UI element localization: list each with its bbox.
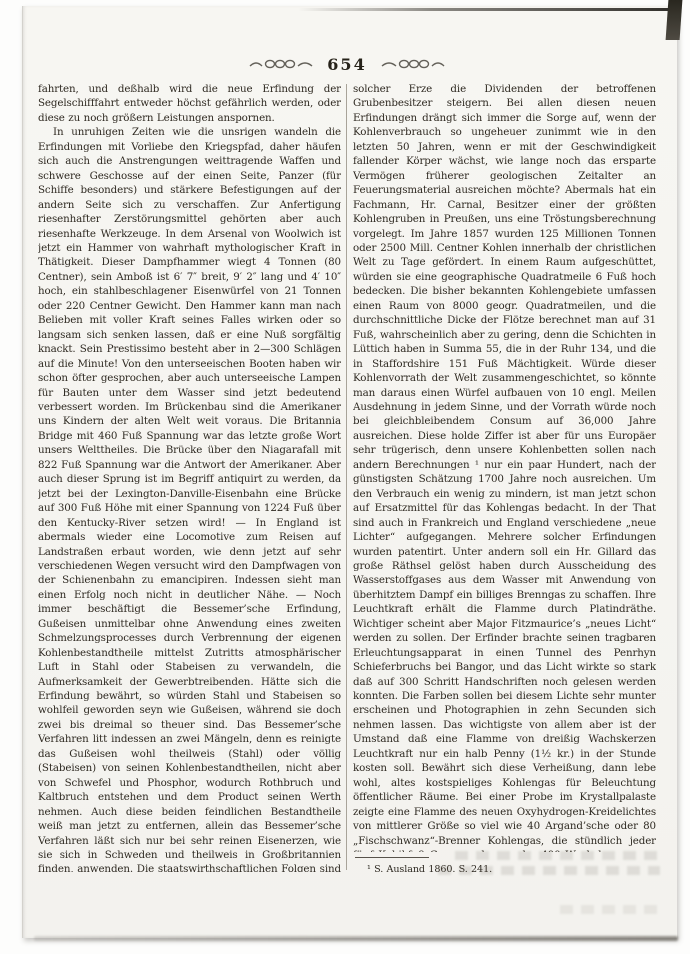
paragraph: solcher Erze die Dividenden der betroffe… bbox=[353, 82, 656, 852]
page-header: 654 bbox=[38, 52, 656, 76]
flourish-right-icon bbox=[381, 58, 445, 70]
bleed-through-smudge bbox=[560, 905, 660, 914]
bleed-through-smudge bbox=[438, 866, 660, 875]
scanned-page-stage: 654 fahrten, und deßhalb wird die neue E… bbox=[0, 0, 690, 954]
journal-page: 654 fahrten, und deßhalb wird die neue E… bbox=[22, 6, 677, 938]
paragraph: fahrten, und deßhalb wird die neue Erfin… bbox=[38, 82, 341, 125]
paragraph: In unruhigen Zeiten wie die unsrigen wan… bbox=[38, 125, 341, 872]
flourish-left-icon bbox=[249, 58, 313, 70]
text-columns: fahrten, und deßhalb wird die neue Erfin… bbox=[38, 82, 656, 877]
page-number: 654 bbox=[327, 55, 366, 74]
scan-artifact-corner bbox=[666, 0, 683, 40]
scan-artifact-bottom-shadow bbox=[34, 936, 678, 941]
bleed-through-smudge bbox=[455, 851, 660, 860]
right-column-text: solcher Erze die Dividenden der betroffe… bbox=[353, 82, 656, 852]
left-column: fahrten, und deßhalb wird die neue Erfin… bbox=[38, 82, 341, 872]
scan-artifact-top-edge bbox=[298, 8, 678, 11]
footnote-rule bbox=[355, 857, 429, 858]
right-column: solcher Erze die Dividenden der betroffe… bbox=[353, 82, 656, 877]
